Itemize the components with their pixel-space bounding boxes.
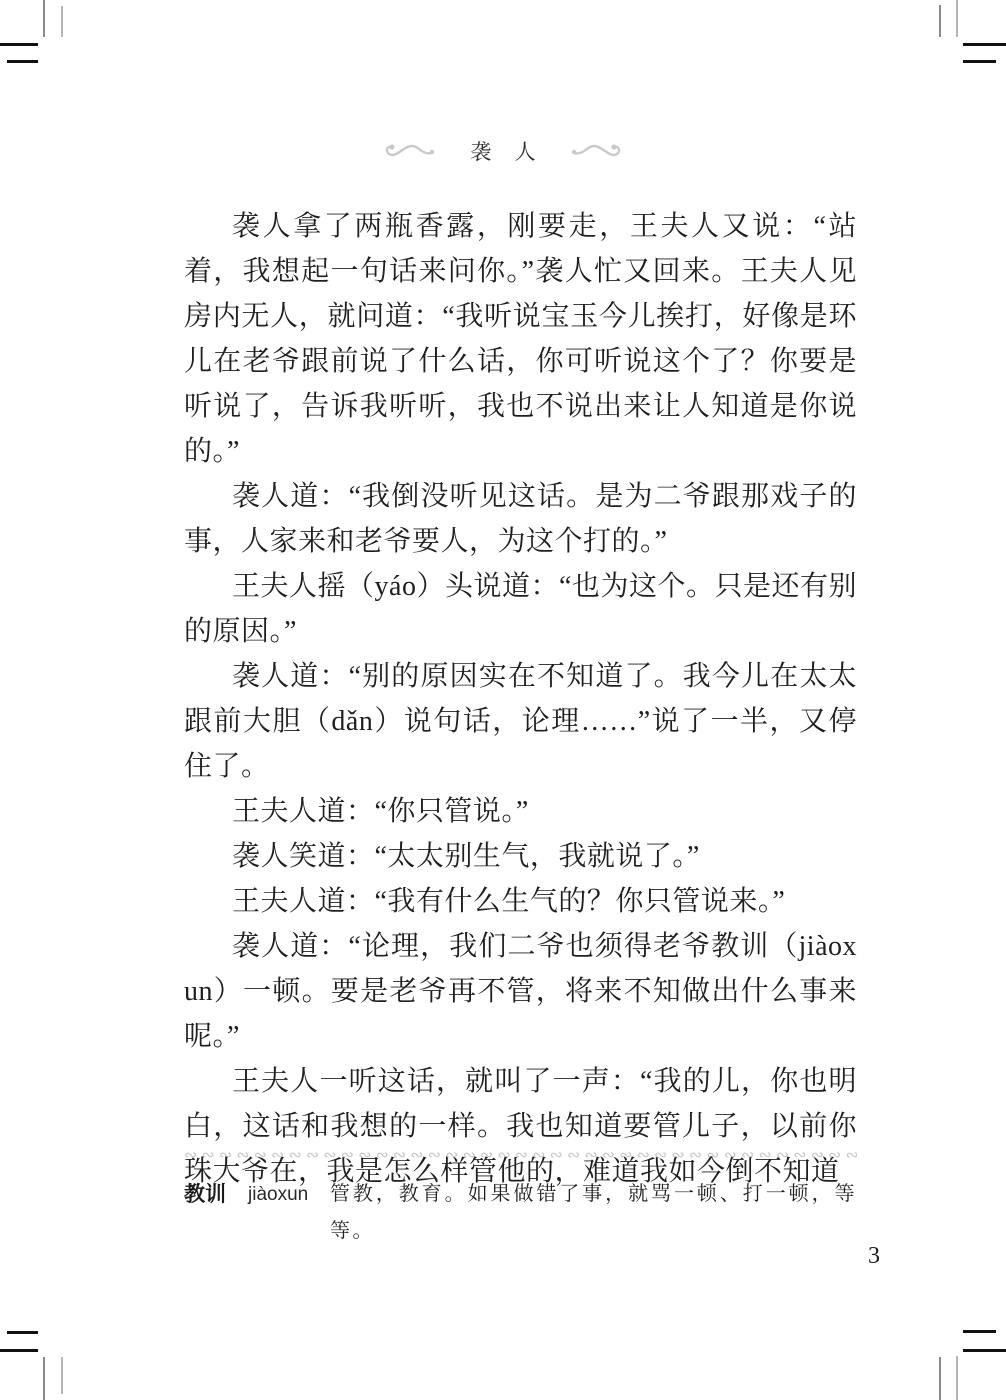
paragraph: 王夫人道：“你只管说。” (184, 789, 857, 834)
flourish-left-icon (383, 140, 437, 162)
flourish-right-icon (569, 140, 623, 162)
crop-mark (939, 5, 941, 37)
page-title: 袭 人 (470, 136, 544, 166)
paragraph: 袭人道：“我倒没听见这话。是为二爷跟那戏子的事，人家来和老爷要人，为这个打的。” (184, 474, 857, 564)
footnote-pinyin: jiàoxun (248, 1176, 330, 1213)
footnote-term: 教训 (184, 1176, 248, 1213)
crop-mark (43, 1357, 45, 1400)
crop-mark (0, 43, 38, 46)
crop-mark (0, 1349, 38, 1352)
paragraph: 王夫人摇（yáo）头说道：“也为这个。只是还有别的原因。” (184, 564, 857, 654)
paragraph: 王夫人道：“我有什么生气的？你只管说来。” (184, 879, 857, 924)
crop-mark (963, 1349, 1006, 1352)
footnote: ∾∾∾∾∾∾∾∾∾∾∾∾∾∾∾∾∾∾∾∾∾∾∾∾∾∾∾∾∾∾∾∾∾∾∾∾∾∾∾∾… (184, 1144, 857, 1250)
paragraph: 袭人道：“论理，我们二爷也须得老爷教训（jiàoxun）一顿。要是老爷再不管，将… (184, 924, 857, 1059)
paragraph: 袭人笑道：“太太别生气，我就说了。” (184, 834, 857, 879)
divider-ornament: ∾∾∾∾∾∾∾∾∾∾∾∾∾∾∾∾∾∾∾∾∾∾∾∾∾∾∾∾∾∾∾∾∾∾∾∾∾∾∾∾ (184, 1144, 857, 1166)
crop-mark (956, 0, 958, 37)
paragraph: 袭人拿了两瓶香露，刚要走，王夫人又说：“站着，我想起一句话来问你。”袭人忙又回来… (184, 204, 857, 474)
crop-mark (7, 1331, 38, 1334)
crop-mark (963, 60, 996, 63)
body-text: 袭人拿了两瓶香露，刚要走，王夫人又说：“站着，我想起一句话来问你。”袭人忙又回来… (184, 204, 857, 1194)
paragraph: 袭人道：“别的原因实在不知道了。我今儿在太太跟前大胆（dǎn）说句话，论理……”… (184, 654, 857, 789)
crop-mark (963, 1330, 996, 1333)
crop-mark (939, 1357, 941, 1400)
page-number: 3 (856, 1243, 892, 1270)
crop-mark (61, 6, 63, 37)
crop-mark (61, 1357, 63, 1394)
crop-mark (956, 1356, 958, 1400)
book-page: 袭 人 袭人拿了两瓶香露，刚要走，王夫人又说：“站着，我想起一句话来问你。”袭人… (0, 0, 1006, 1400)
footnote-definition: 管教，教育。如果做错了事，就骂一顿、打一顿，等等。 (330, 1176, 857, 1250)
crop-mark (963, 43, 1006, 46)
page-header: 袭 人 (0, 136, 1006, 166)
crop-mark (43, 0, 45, 37)
footnote-entry: 教训 jiàoxun 管教，教育。如果做错了事，就骂一顿、打一顿，等等。 (184, 1176, 857, 1250)
crop-mark (7, 60, 38, 63)
